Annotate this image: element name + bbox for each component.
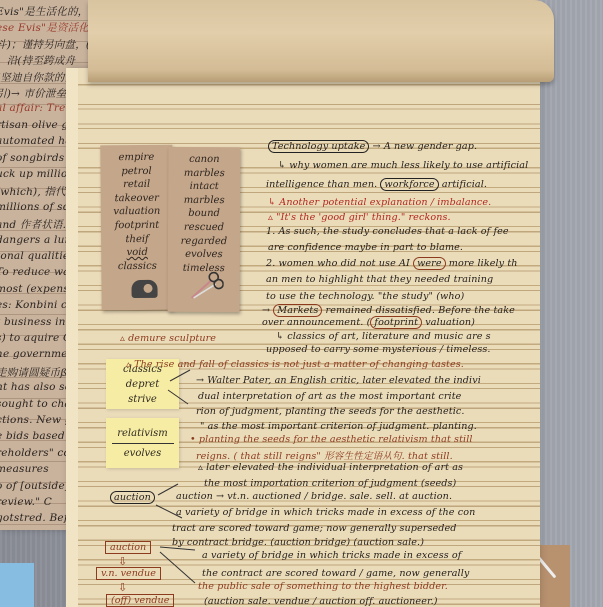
notepad-rolled-top-sheet — [88, 0, 554, 82]
note-text: to use the technology. "the study" (who) — [266, 291, 464, 302]
note-text: " as the most important criterion of jud… — [200, 421, 477, 432]
note-line: tract are scored toward game; now genera… — [172, 523, 457, 534]
note-line: a variety of bridge in which tricks made… — [202, 550, 461, 561]
note-line: → Markets remained dissatisfied. Before … — [262, 305, 515, 316]
vocab-word: marbles — [184, 166, 225, 180]
blue-sticky-note — [0, 563, 34, 607]
tape-dispenser-icon — [131, 280, 157, 298]
note-line: to use the technology. "the study" (who) — [266, 291, 464, 302]
down-arrow-icon: ⇩ — [118, 581, 127, 594]
circled-auction-label: auction — [110, 491, 155, 504]
note-text: tract are scored toward game; now genera… — [172, 523, 457, 534]
scissors-icon — [190, 270, 224, 300]
note-line: upposed to carry some mysterious / timel… — [266, 344, 491, 355]
note-text: by contract bridge. (auction bridge) (au… — [172, 537, 424, 548]
note-text: a variety of bridge in which tricks made… — [176, 507, 475, 518]
kraft-tab-vocab-1: empirepetrolretailtakeovervaluationfootp… — [100, 145, 173, 311]
note-text: ▵ "It's the 'good girl' thing." reckons. — [268, 212, 451, 223]
background-note-line: e bids based o — [0, 430, 75, 442]
vocab-word: valuation — [113, 205, 160, 219]
vocab-word: footprint — [115, 219, 160, 233]
note-line: a variety of bridge in which tricks made… — [176, 507, 475, 518]
vocab-word: petrol — [121, 164, 151, 178]
note-text: valuation) — [422, 317, 475, 328]
background-note-line: Evis"是生活化的，你 — [0, 4, 92, 19]
note-line: auction → vt.n. auctioned / bridge. sale… — [176, 491, 452, 502]
note-text: over announcement. ( — [262, 317, 370, 328]
note-line: reigns. ( that still reigns" 形容生性定语从句. t… — [196, 448, 453, 462]
note-line: over announcement. (footprint valuation) — [262, 317, 475, 328]
background-note-line: 斗)；谨持另向盘，( — [0, 37, 90, 52]
circled-word: Markets — [273, 304, 322, 317]
vocab-word: canon — [189, 153, 220, 167]
note-text: ↳ classics of art, literature and music … — [276, 331, 491, 342]
note-text: • planting the seeds for the aesthetic r… — [190, 434, 473, 445]
note-line: intelligence than men. workforce artific… — [266, 179, 487, 190]
vocab-word: marbles — [184, 194, 225, 208]
note-line: ↳ classics of art, literature and music … — [276, 331, 491, 342]
note-text: ↳ why women are much less likely to use … — [278, 160, 528, 171]
sticky-divider — [112, 443, 174, 444]
note-text: (auction sale. vendue / auction off. auc… — [204, 596, 438, 607]
note-line: ↳ why women are much less likely to use … — [278, 160, 528, 171]
boxed-off-vendue-label: (off) vendue — [106, 594, 174, 607]
note-line: the public sale of something to the high… — [198, 581, 448, 592]
background-note-line: ，沿(持至跨成舟 — [0, 53, 75, 68]
note-text: the contract are scored toward / game, n… — [202, 568, 469, 579]
vocab-word: empire — [118, 151, 154, 165]
note-line: rion of judgment, planting the seeds for… — [196, 406, 465, 417]
note-text: 1. As such, the study concludes that a l… — [266, 226, 509, 237]
note-text: rion of judgment, planting the seeds for… — [196, 406, 465, 417]
note-text: → — [262, 305, 273, 316]
note-text: ▵ later elevated the individual interpre… — [198, 462, 463, 473]
vocab-word: regarded — [181, 234, 228, 248]
note-text: are confidence maybe in part to blame. — [268, 242, 463, 253]
note-text: → Walter Pater, an English critic, later… — [196, 375, 481, 386]
background-note-line: and 作者状语. — [0, 217, 66, 232]
note-text: more likely th — [446, 258, 518, 269]
boxed-auction-label: auction — [105, 541, 151, 554]
sticky-word: evolves — [124, 446, 162, 461]
vocab-word: classics — [118, 260, 157, 274]
note-line: dual interpretation of art as the most i… — [198, 391, 461, 402]
background-note-line: review." C — [0, 496, 52, 508]
note-text: an men to highlight that they needed tra… — [266, 274, 493, 285]
note-line: → Walter Pater, an English critic, later… — [196, 375, 481, 386]
note-line: ▵ "It's the 'good girl' thing." reckons. — [268, 212, 451, 223]
note-line: ▵ The rise and fall of classics is not j… — [126, 359, 464, 370]
note-text: dual interpretation of art as the most i… — [198, 391, 461, 402]
vocab-word: bound — [188, 207, 220, 221]
circled-word: were — [413, 257, 446, 270]
note-text: ▵ The rise and fall of classics is not j… — [126, 359, 464, 370]
note-text: remained dissatisfied. Before the take — [322, 305, 515, 316]
note-demure-sculpture: ▵ demure sculpture — [120, 333, 216, 344]
sticky-word: relativism — [117, 426, 168, 441]
note-line: ↳ Another potential explanation / imbala… — [268, 197, 491, 208]
note-text: artificial. — [439, 179, 487, 190]
sticky-word: strive — [128, 392, 157, 407]
note-text: upposed to carry some mysterious / timel… — [266, 344, 491, 355]
vocab-word: takeover — [115, 192, 159, 206]
vocab-word: void — [127, 246, 148, 260]
vocab-word: intact — [190, 180, 219, 194]
note-text: the most importation criterion of judgme… — [204, 478, 456, 489]
note-line: the contract are scored toward / game, n… — [202, 568, 469, 579]
background-note-line: reholders" co — [0, 447, 70, 459]
note-line: " as the most important criterion of jud… — [200, 421, 477, 432]
sticky-word: depret — [126, 377, 159, 392]
vocab-word: retail — [123, 178, 150, 192]
vocab-word: evolves — [185, 248, 223, 262]
note-line: 1. As such, the study concludes that a l… — [266, 226, 509, 237]
vocab-word: rescued — [184, 221, 224, 235]
circled-word: Technology uptake — [268, 140, 369, 153]
circled-word: footprint — [370, 316, 422, 329]
background-note-line: o of [outside] — [0, 480, 69, 492]
note-line: (auction sale. vendue / auction off. auc… — [204, 596, 438, 607]
note-text: reigns. ( that still reigns" 形容生性定语从句. t… — [196, 451, 453, 462]
sticky-note-2: relativism evolves — [106, 418, 179, 468]
boxed-vendue-label: v.n. vendue — [96, 567, 161, 580]
note-line: by contract bridge. (auction bridge) (au… — [172, 537, 424, 548]
vocab-word: theif — [125, 232, 148, 246]
note-line: are confidence maybe in part to blame. — [268, 242, 463, 253]
note-text: 2. women who did not use AI — [266, 258, 413, 269]
note-line: Technology uptake → A new gender gap. — [268, 141, 477, 152]
note-text: auction → vt.n. auctioned / bridge. sale… — [176, 491, 452, 502]
note-line: • planting the seeds for the aesthetic r… — [190, 434, 473, 445]
note-text: a variety of bridge in which tricks made… — [202, 550, 461, 561]
note-line: the most importation criterion of judgme… — [204, 478, 456, 489]
note-text: → A new gender gap. — [369, 141, 477, 152]
background-note-line: measures — [0, 463, 49, 475]
note-text: ↳ Another potential explanation / imbala… — [268, 197, 491, 208]
circled-word: workforce — [380, 178, 438, 191]
note-line: ▵ later elevated the individual interpre… — [198, 462, 463, 473]
background-note-line: ese Evis"是资活化的 — [0, 20, 92, 35]
background-note-line: tonal qualitie — [0, 250, 69, 262]
background-note-line: t business in J — [0, 316, 74, 328]
kraft-tab-vocab-2: canonmarblesintactmarblesboundrescuedreg… — [168, 147, 241, 312]
note-text: intelligence than men. — [266, 179, 380, 190]
note-line: 2. women who did not use AI were more li… — [266, 258, 518, 269]
note-text: the public sale of something to the high… — [198, 581, 448, 592]
note-line: an men to highlight that they needed tra… — [266, 274, 493, 285]
